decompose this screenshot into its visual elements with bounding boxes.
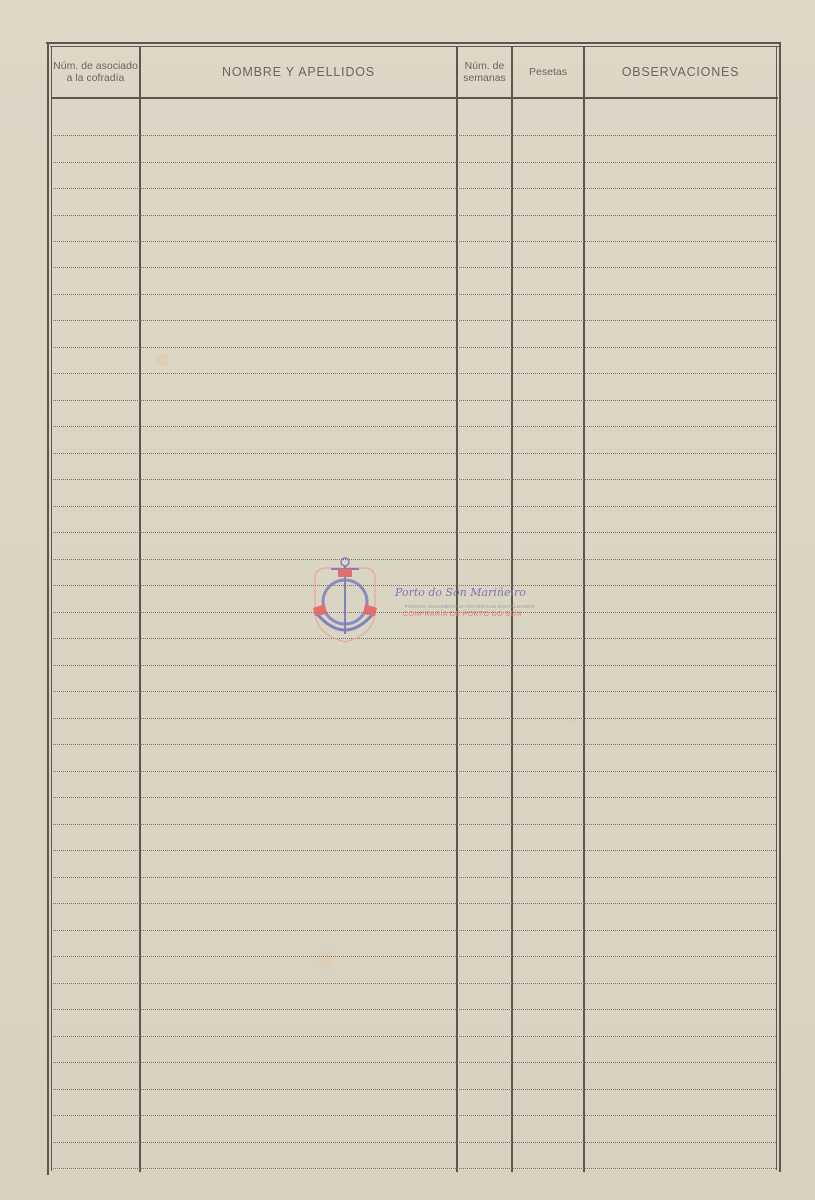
table-row-line	[53, 135, 776, 136]
table-row-line	[53, 373, 776, 374]
header-name-label: NOMBRE Y APELLIDOS	[222, 66, 375, 78]
table-row-line	[53, 162, 776, 163]
table-right-border-inner	[776, 46, 777, 1170]
header-observations-label: OBSERVACIONES	[622, 66, 740, 78]
table-row-line	[53, 347, 776, 348]
header-name: NOMBRE Y APELLIDOS	[141, 47, 456, 97]
table-row-line	[53, 1009, 776, 1010]
watermark: Porto do Son Mariñeiro FONDOS DOCUMENTAI…	[305, 556, 525, 646]
header-weeks-label: Núm. de semanas	[458, 60, 511, 84]
table-row-line	[53, 506, 776, 507]
table-row-line	[53, 691, 776, 692]
table-left-border	[47, 42, 49, 1175]
watermark-organization: CONFRARÍA DE PORTO DO SON	[403, 611, 522, 618]
table-row-line	[53, 718, 776, 719]
watermark-title: Porto do Son Mariñeiro	[395, 586, 526, 599]
table-row-line	[53, 479, 776, 480]
table-row-line	[53, 903, 776, 904]
table-row-line	[53, 188, 776, 189]
table-row-line	[53, 215, 776, 216]
table-row-line	[53, 665, 776, 666]
header-bottom-border	[51, 97, 778, 99]
header-member-number: Núm. de asociado a la cofradía	[52, 47, 139, 97]
table-row-line	[53, 1089, 776, 1090]
table-row-line	[53, 294, 776, 295]
table-row-line	[53, 797, 776, 798]
table-row-line	[53, 956, 776, 957]
table-row-line	[53, 532, 776, 533]
header-member-number-label: Núm. de asociado a la cofradía	[52, 60, 139, 84]
table-row-line	[53, 930, 776, 931]
table-left-border-inner	[51, 46, 52, 1171]
table-row-line	[53, 453, 776, 454]
table-row-line	[53, 983, 776, 984]
header-observations: OBSERVACIONES	[585, 47, 776, 97]
table-row-line	[53, 426, 776, 427]
table-top-border	[46, 42, 781, 44]
form-sheet: Núm. de asociado a la cofradía NOMBRE Y …	[0, 0, 815, 1200]
table-row-line	[53, 1168, 776, 1169]
table-row-line	[53, 877, 776, 878]
table-right-border	[779, 42, 781, 1172]
table-row-line	[53, 744, 776, 745]
table-row-line	[53, 850, 776, 851]
table-row-line	[53, 1142, 776, 1143]
anchor-emblem-icon	[305, 556, 385, 646]
header-pesetas-label: Pesetas	[529, 66, 567, 78]
watermark-subtitle: FONDOS DOCUMENTAIS HISTÓRICOS DIXITALIZA…	[405, 604, 535, 609]
table-row-line	[53, 241, 776, 242]
table-row-line	[53, 1036, 776, 1037]
table-row-line	[53, 1062, 776, 1063]
header-pesetas: Pesetas	[513, 47, 583, 97]
header-weeks: Núm. de semanas	[458, 47, 511, 97]
table-row-line	[53, 400, 776, 401]
table-row-line	[53, 771, 776, 772]
table-row-line	[53, 824, 776, 825]
table-row-line	[53, 267, 776, 268]
table-row-line	[53, 320, 776, 321]
table-row-line	[53, 1115, 776, 1116]
